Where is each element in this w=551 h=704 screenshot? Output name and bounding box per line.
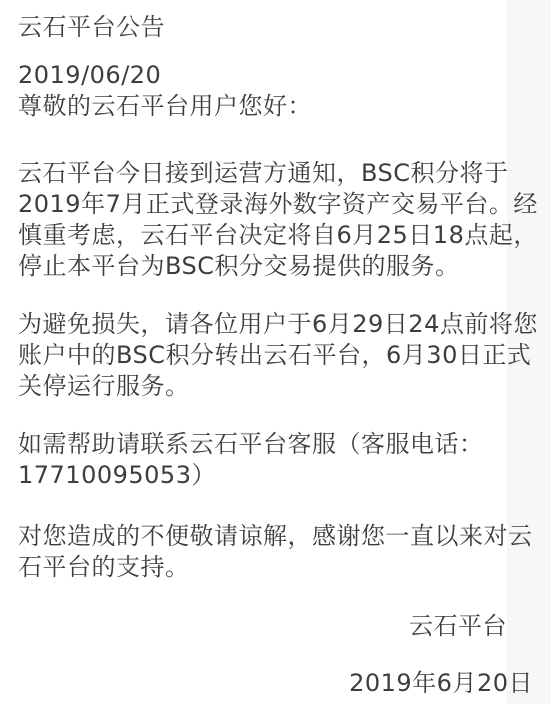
- announcement-content: 云石平台公告 2019/06/20 尊敬的云石平台用户您好： 云石平台今日接到运…: [18, 12, 509, 699]
- paragraph-support-contact: 如需帮助请联系云石平台客服（客服电话： 17710095053）: [18, 429, 509, 491]
- paragraph-transfer-notice: 为避免损失，请各位用户于6月29日24点前将您 账户中的BSC积分转出云石平台，…: [18, 309, 509, 402]
- paragraph-service-stop: 云石平台今日接到运营方通知，BSC积分将于 2019年7月正式登录海外数字资产交…: [18, 158, 509, 282]
- paragraph-line: 关停运行服务。: [18, 371, 509, 402]
- support-phone-line: 17710095053）: [18, 460, 509, 491]
- paragraph-line: 2019年7月正式登录海外数字资产交易平台。经: [18, 189, 509, 220]
- paragraph-line: 慎重考虑，云石平台决定将自6月25日18点起，: [18, 220, 509, 251]
- page-title: 云石平台公告: [18, 12, 509, 43]
- announcement-date: 2019/06/20: [18, 60, 509, 91]
- signature-date: 2019年6月20日: [18, 668, 533, 699]
- paragraph-line: 石平台的支持。: [18, 552, 509, 583]
- paragraph-apology: 对您造成的不便敬请谅解，感谢您一直以来对云 石平台的支持。: [18, 521, 509, 583]
- greeting-line: 尊敬的云石平台用户您好：: [18, 91, 509, 122]
- paragraph-line: 如需帮助请联系云石平台客服（客服电话：: [18, 429, 509, 460]
- signature: 云石平台: [18, 611, 509, 642]
- paragraph-line: 为避免损失，请各位用户于6月29日24点前将您: [18, 309, 509, 340]
- paragraph-line: 账户中的BSC积分转出云石平台，6月30日正式: [18, 340, 509, 371]
- paragraph-line: 停止本平台为BSC积分交易提供的服务。: [18, 251, 509, 282]
- paragraph-line: 云石平台今日接到运营方通知，BSC积分将于: [18, 158, 509, 189]
- paragraph-line: 对您造成的不便敬请谅解，感谢您一直以来对云: [18, 521, 509, 552]
- announcement-page: 云石平台公告 2019/06/20 尊敬的云石平台用户您好： 云石平台今日接到运…: [0, 0, 551, 704]
